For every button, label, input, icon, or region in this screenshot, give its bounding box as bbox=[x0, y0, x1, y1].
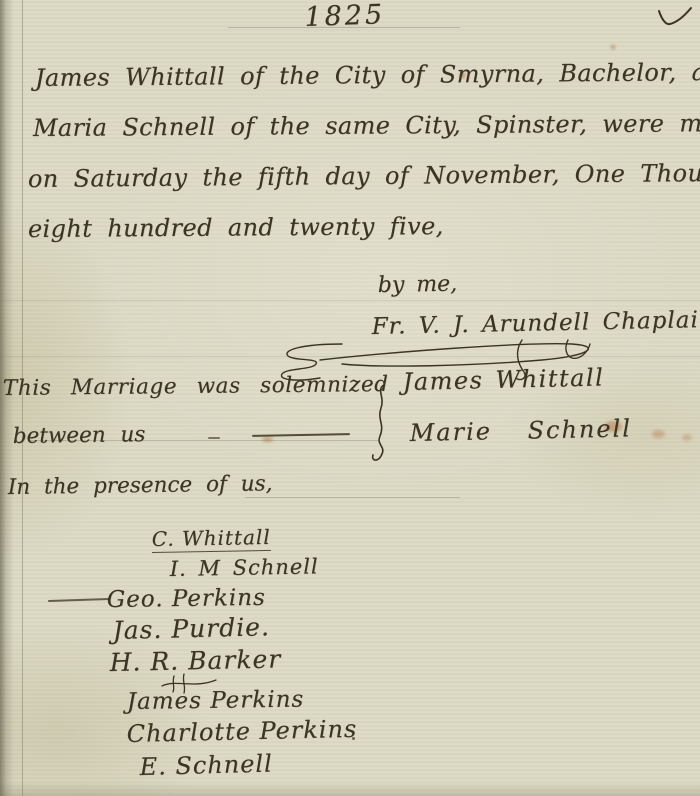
year-heading: 1825 bbox=[304, 0, 386, 34]
register-page: 1825 James Whittall of the City of Smyrn… bbox=[0, 0, 700, 796]
chaplain-signature: Fr. V. J. Arundell Chaplain bbox=[371, 307, 700, 342]
long-dash-stroke bbox=[252, 433, 350, 437]
body-line-2: Maria Schnell of the same City, Spinster… bbox=[33, 109, 700, 143]
byline: by me, bbox=[378, 272, 458, 300]
barker-flourish bbox=[160, 674, 218, 694]
witness-signature: C. Whittall bbox=[152, 525, 271, 553]
ink-dot bbox=[352, 737, 355, 740]
body-line-4: eight hundred and twenty five, bbox=[28, 212, 444, 244]
foxing-spot bbox=[652, 430, 665, 438]
bracket-brace bbox=[366, 384, 392, 464]
short-dash-stroke bbox=[208, 437, 220, 439]
witness-heading: In the presence of us, bbox=[8, 471, 273, 500]
foxing-spot bbox=[262, 437, 273, 442]
groom-signature: James Whittall bbox=[402, 363, 604, 396]
witness-signature: Charlotte Perkins bbox=[126, 715, 357, 749]
faint-rule-1 bbox=[0, 300, 700, 301]
witness-signature: Jas. Purdie. bbox=[112, 612, 270, 646]
attestation-line-2: between us bbox=[13, 422, 146, 450]
faint-rule-4 bbox=[245, 497, 460, 498]
witness-signature: I. M Schnell bbox=[170, 554, 319, 582]
attestation-line-1: This Marriage was solemnized bbox=[3, 372, 389, 402]
body-line-1: James Whittall of the City of Smyrna, Ba… bbox=[35, 58, 700, 93]
body-line-3: on Saturday the fifth day of November, O… bbox=[28, 159, 700, 194]
witness-signature: H. R. Barker bbox=[109, 644, 281, 678]
witness-dash-stroke bbox=[48, 598, 110, 602]
check-mark-icon bbox=[657, 6, 693, 30]
witness-signature: Geo. Perkins bbox=[107, 585, 266, 615]
witness-signature: E. Schnell bbox=[139, 750, 273, 782]
foxing-spot bbox=[682, 434, 692, 441]
foxing-spot bbox=[611, 45, 615, 49]
bride-signature: Marie Schnell bbox=[409, 414, 632, 447]
page-bottom-shadow bbox=[0, 782, 700, 796]
